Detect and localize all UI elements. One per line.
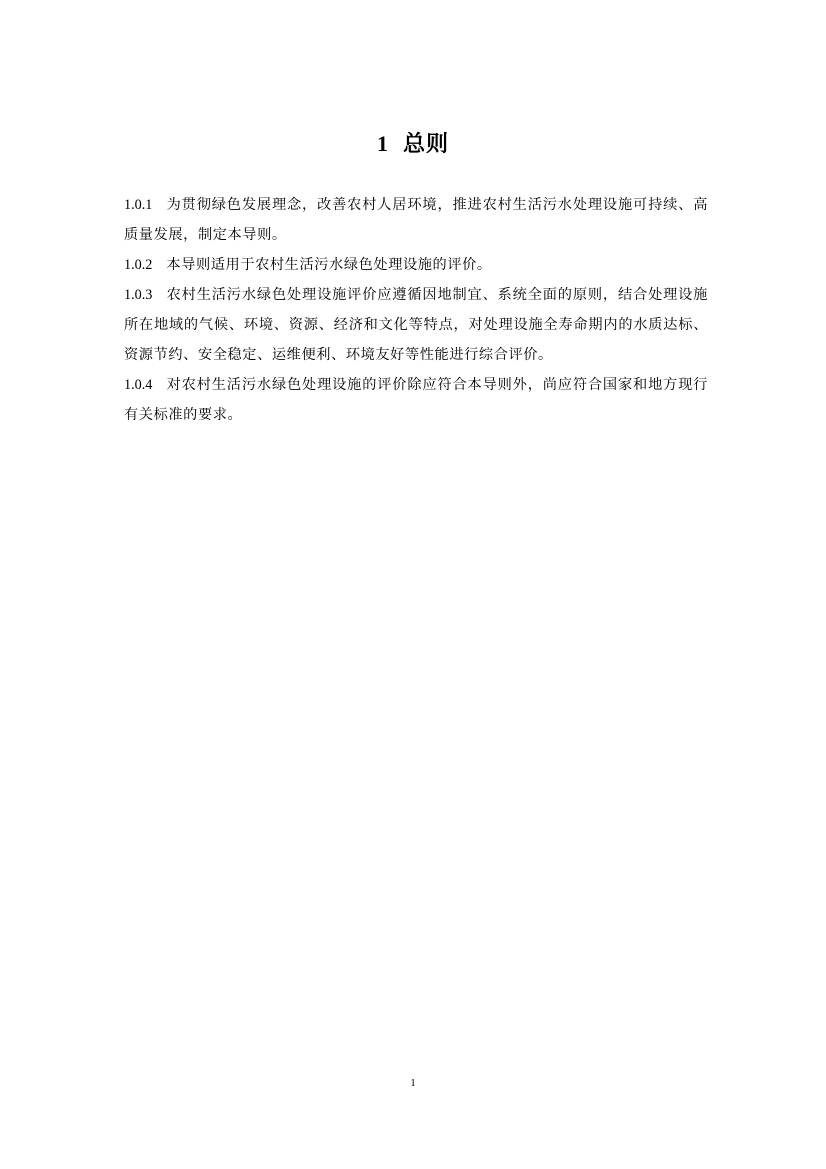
chapter-title: 总则 (403, 132, 449, 157)
clause-number: 1.0.3 (124, 287, 152, 303)
body-text: 1.0.1为贯彻绿色发展理念，改善农村人居环境，推进农村生活污水处理设施可持续、… (124, 190, 708, 430)
clause-number: 1.0.4 (124, 377, 152, 393)
clause-number: 1.0.2 (124, 257, 152, 273)
chapter-number: 1 (377, 131, 389, 156)
clause-number: 1.0.1 (124, 197, 152, 213)
clause-paragraph: 1.0.2本导则适用于农村生活污水绿色处理设施的评价。 (124, 250, 708, 280)
clause-paragraph: 1.0.3农村生活污水绿色处理设施评价应遵循因地制宜、系统全面的原则，结合处理设… (124, 280, 708, 370)
clause-text: 为贯彻绿色发展理念，改善农村人居环境，推进农村生活污水处理设施可持续、高质量发展… (124, 197, 708, 243)
clause-text: 本导则适用于农村生活污水绿色处理设施的评价。 (166, 257, 491, 273)
clause-paragraph: 1.0.1为贯彻绿色发展理念，改善农村人居环境，推进农村生活污水处理设施可持续、… (124, 190, 708, 250)
clause-text: 对农村生活污水绿色处理设施的评价除应符合本导则外，尚应符合国家和地方现行有关标准… (124, 377, 708, 423)
page-number: 1 (0, 1077, 826, 1089)
chapter-heading: 1总则 (0, 128, 826, 161)
clause-paragraph: 1.0.4对农村生活污水绿色处理设施的评价除应符合本导则外，尚应符合国家和地方现… (124, 370, 708, 430)
document-page: 1总则 1.0.1为贯彻绿色发展理念，改善农村人居环境，推进农村生活污水处理设施… (0, 0, 826, 1169)
clause-text: 农村生活污水绿色处理设施评价应遵循因地制宜、系统全面的原则，结合处理设施所在地域… (124, 287, 708, 363)
